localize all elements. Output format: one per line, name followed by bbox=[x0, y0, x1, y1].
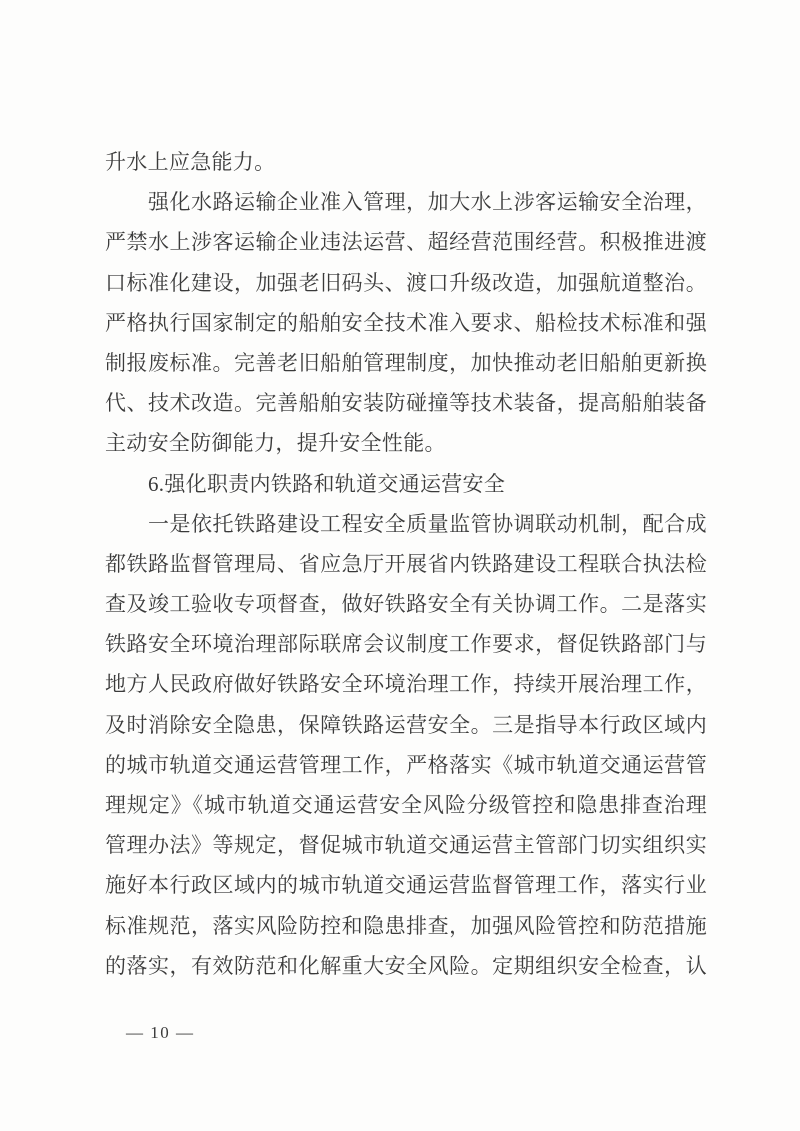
body-line: 地方人民政府做好铁路安全环境治理工作，持续开展治理工作， bbox=[105, 664, 707, 704]
body-line: 升水上应急能力。 bbox=[105, 142, 707, 182]
body-line: 标准规范，落实风险防控和隐患排查，加强风险管控和防范措施 bbox=[105, 906, 707, 946]
body-line: 代、技术改造。完善船舶安装防碰撞等技术装备，提高船舶装备 bbox=[105, 383, 707, 423]
document-page: 升水上应急能力。 强化水路运输企业准入管理，加大水上涉客运输安全治理， 严禁水上… bbox=[0, 0, 800, 1131]
body-line: 严格执行国家制定的船舶安全技术准入要求、船检技术标准和强 bbox=[105, 303, 707, 343]
body-line: 查及竣工验收专项督查，做好铁路安全有关协调工作。二是落实 bbox=[105, 584, 707, 624]
section-heading: 6.强化职责内铁路和轨道交通运营安全 bbox=[105, 464, 707, 504]
body-line: 主动安全防御能力，提升安全性能。 bbox=[105, 423, 707, 463]
body-line: 理规定》《城市轨道交通运营安全风险分级管控和隐患排查治理 bbox=[105, 785, 707, 825]
body-line: 的落实，有效防范和化解重大安全风险。定期组织安全检查，认 bbox=[105, 946, 707, 986]
body-text-block: 升水上应急能力。 强化水路运输企业准入管理，加大水上涉客运输安全治理， 严禁水上… bbox=[105, 142, 707, 986]
body-line: 管理办法》等规定，督促城市轨道交通运营主管部门切实组织实 bbox=[105, 825, 707, 865]
page-number: — 10 — bbox=[126, 1021, 195, 1045]
body-line: 制报废标准。完善老旧船舶管理制度，加快推动老旧船舶更新换 bbox=[105, 343, 707, 383]
body-line: 及时消除安全隐患，保障铁路运营安全。三是指导本行政区域内 bbox=[105, 705, 707, 745]
body-line: 一是依托铁路建设工程安全质量监管协调联动机制，配合成 bbox=[105, 504, 707, 544]
body-line: 强化水路运输企业准入管理，加大水上涉客运输安全治理， bbox=[105, 182, 707, 222]
body-line: 施好本行政区域内的城市轨道交通运营监督管理工作，落实行业 bbox=[105, 865, 707, 905]
body-line: 都铁路监督管理局、省应急厅开展省内铁路建设工程联合执法检 bbox=[105, 544, 707, 584]
body-line: 的城市轨道交通运营管理工作，严格落实《城市轨道交通运营管 bbox=[105, 745, 707, 785]
body-line: 铁路安全环境治理部际联席会议制度工作要求，督促铁路部门与 bbox=[105, 624, 707, 664]
body-line: 口标准化建设，加强老旧码头、渡口升级改造，加强航道整治。 bbox=[105, 263, 707, 303]
body-line: 严禁水上涉客运输企业违法运营、超经营范围经营。积极推进渡 bbox=[105, 222, 707, 262]
